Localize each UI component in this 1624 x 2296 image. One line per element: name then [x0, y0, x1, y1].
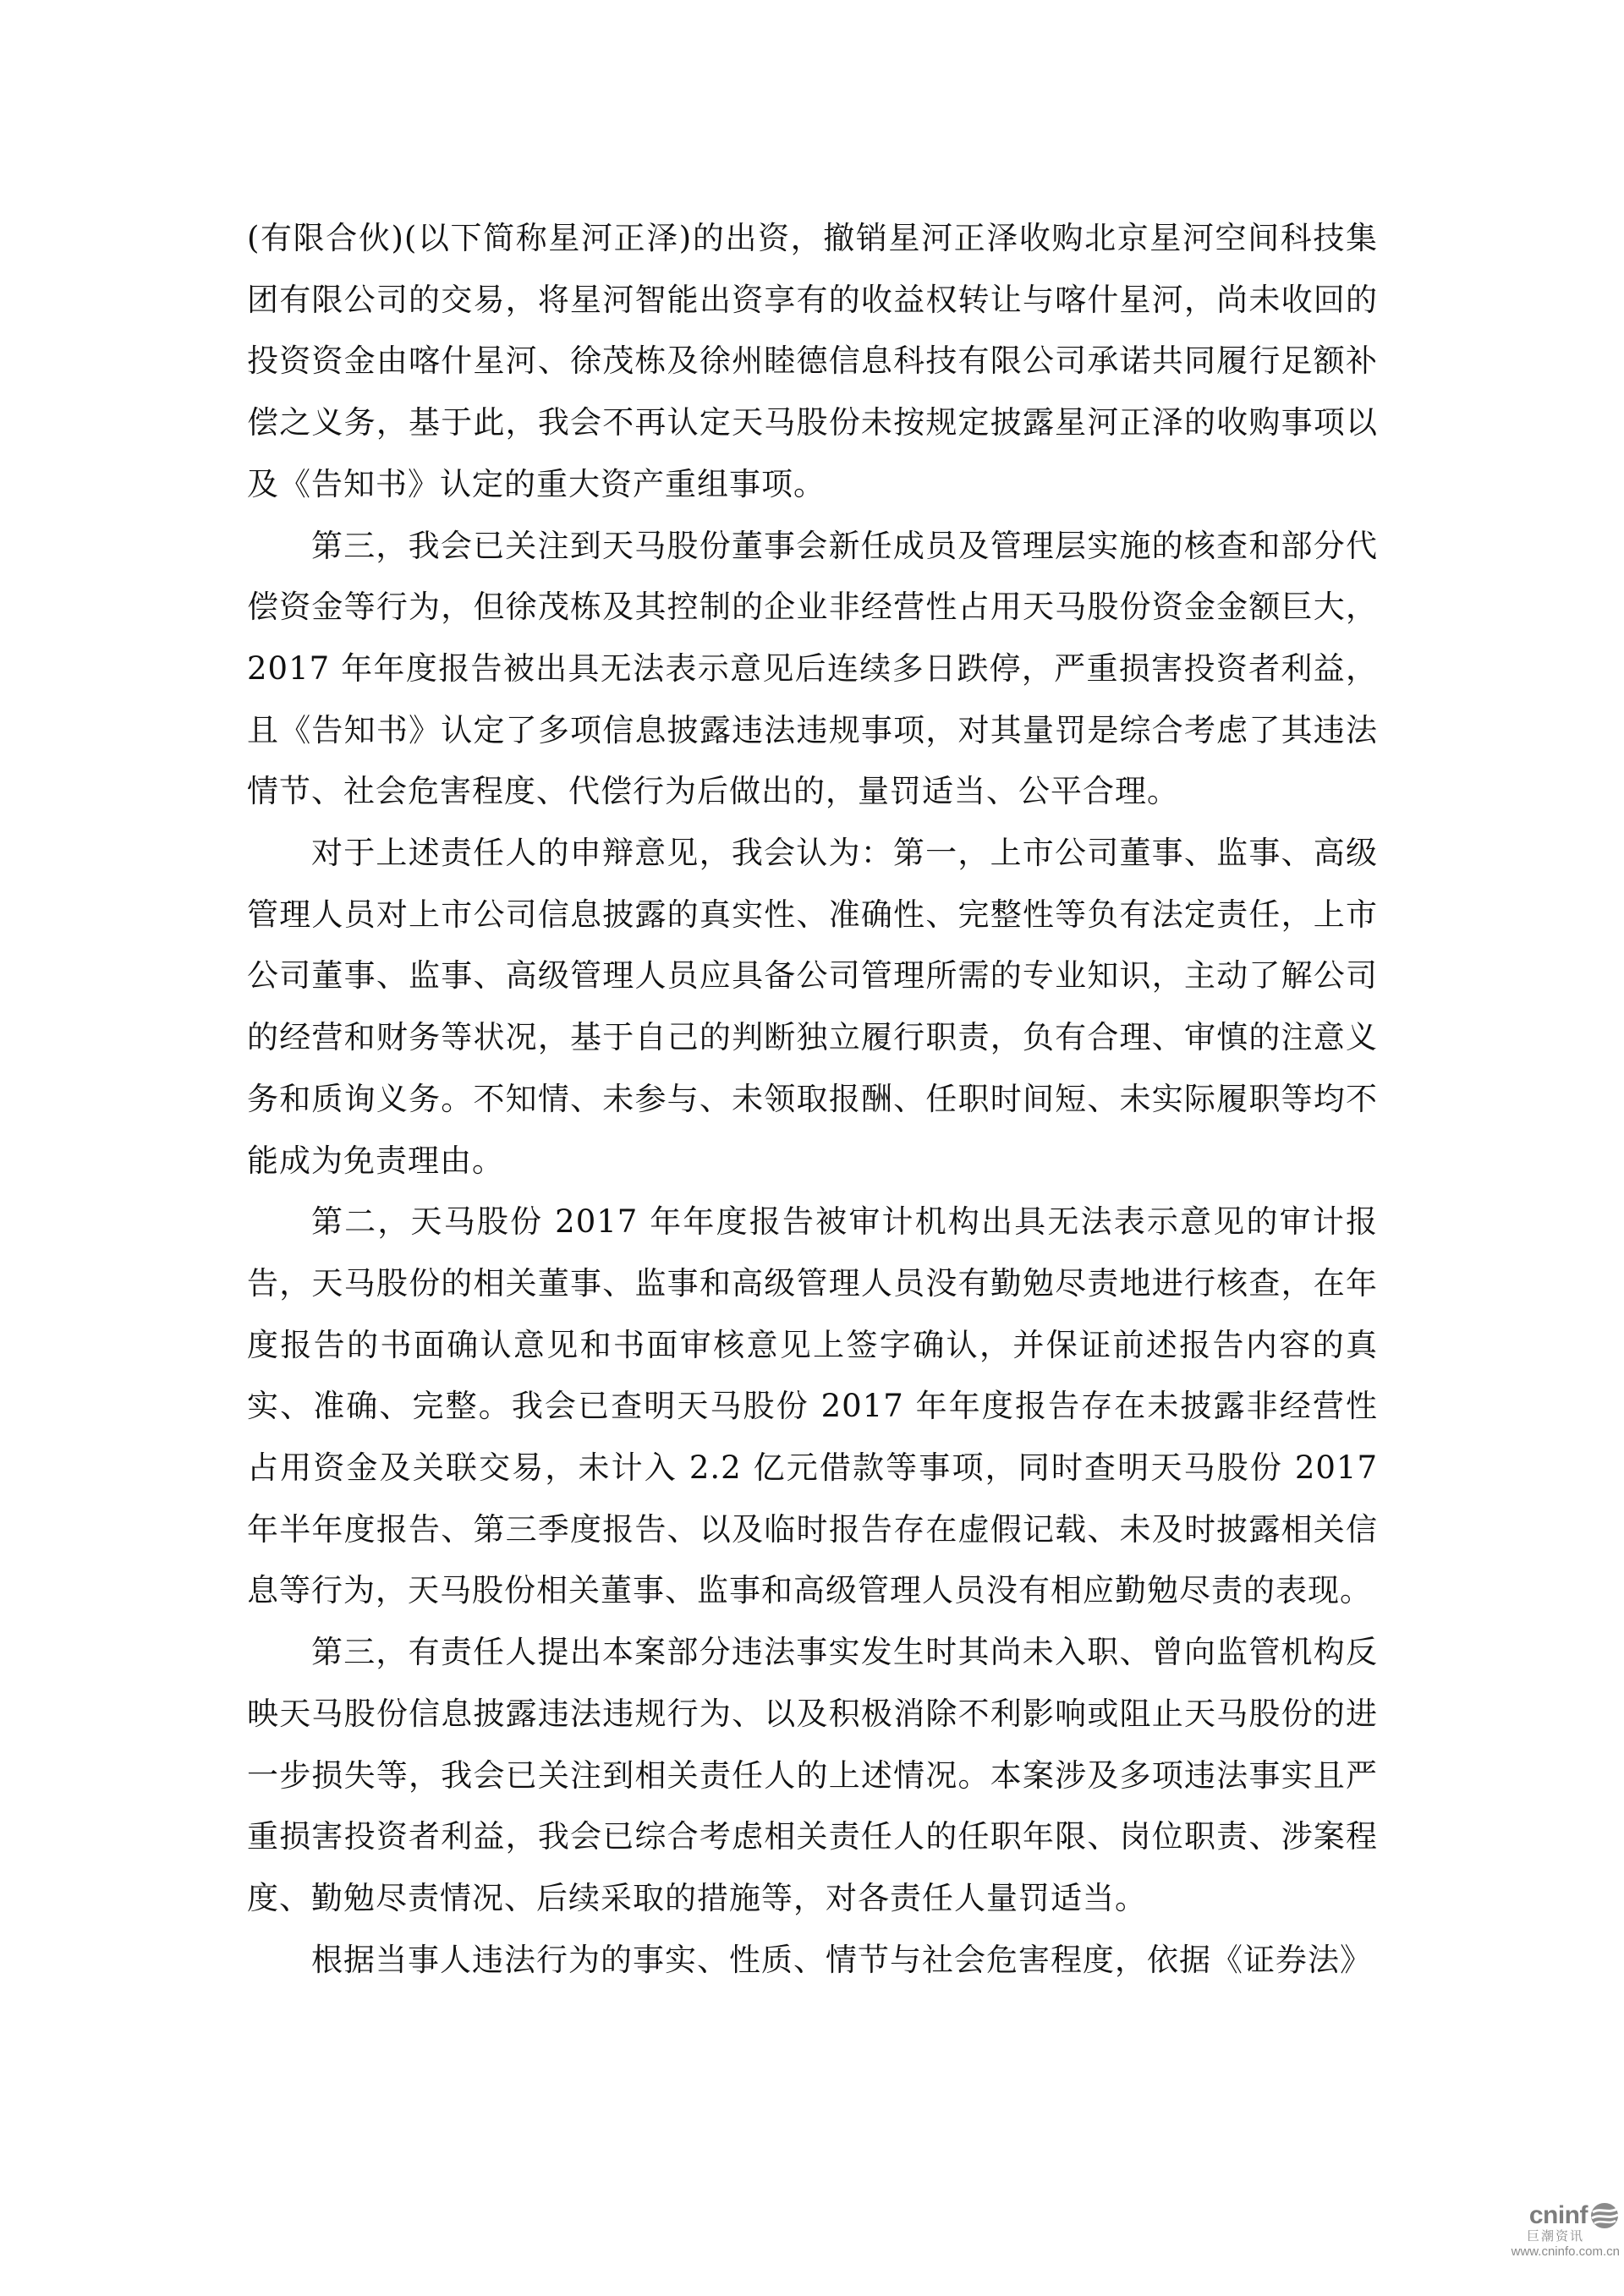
paragraph-response-third-point: 第三，有责任人提出本案部分违法事实发生时其尚未入职、曾向监管机构反映天马股份信息… — [247, 1622, 1378, 1930]
watermark-url: www.cninfo.com.cn — [1476, 2244, 1620, 2260]
paragraph-third-point-regulator: 第三，我会已关注到天马股份董事会新任成员及管理层实施的核查和部分代偿资金等行为，… — [247, 516, 1378, 824]
watermark-brand: cninf — [1529, 2204, 1588, 2228]
watermark-brand-row: cninf — [1476, 2202, 1620, 2229]
watermark-brand-cn: 巨潮资讯 — [1476, 2229, 1584, 2244]
paragraph-legal-basis: 根据当事人违法行为的事实、性质、情节与社会危害程度，依据《证券法》 — [247, 1930, 1378, 1992]
cninfo-watermark: cninf 巨潮资讯 www.cninfo.com.cn — [1476, 2202, 1620, 2260]
paragraph-continuation: (有限合伙)(以下简称星河正泽)的出资，撤销星河正泽收购北京星河空间科技集团有限… — [247, 208, 1378, 516]
paragraph-response-second-point: 第二，天马股份 2017 年年度报告被审计机构出具无法表示意见的审计报告，天马股… — [247, 1192, 1378, 1622]
cninfo-logo-icon — [1589, 2202, 1620, 2229]
paragraph-response-first-point: 对于上述责任人的申辩意见，我会认为：第一，上市公司董事、监事、高级管理人员对上市… — [247, 823, 1378, 1192]
document-body: (有限合伙)(以下简称星河正泽)的出资，撤销星河正泽收购北京星河空间科技集团有限… — [247, 208, 1378, 1991]
